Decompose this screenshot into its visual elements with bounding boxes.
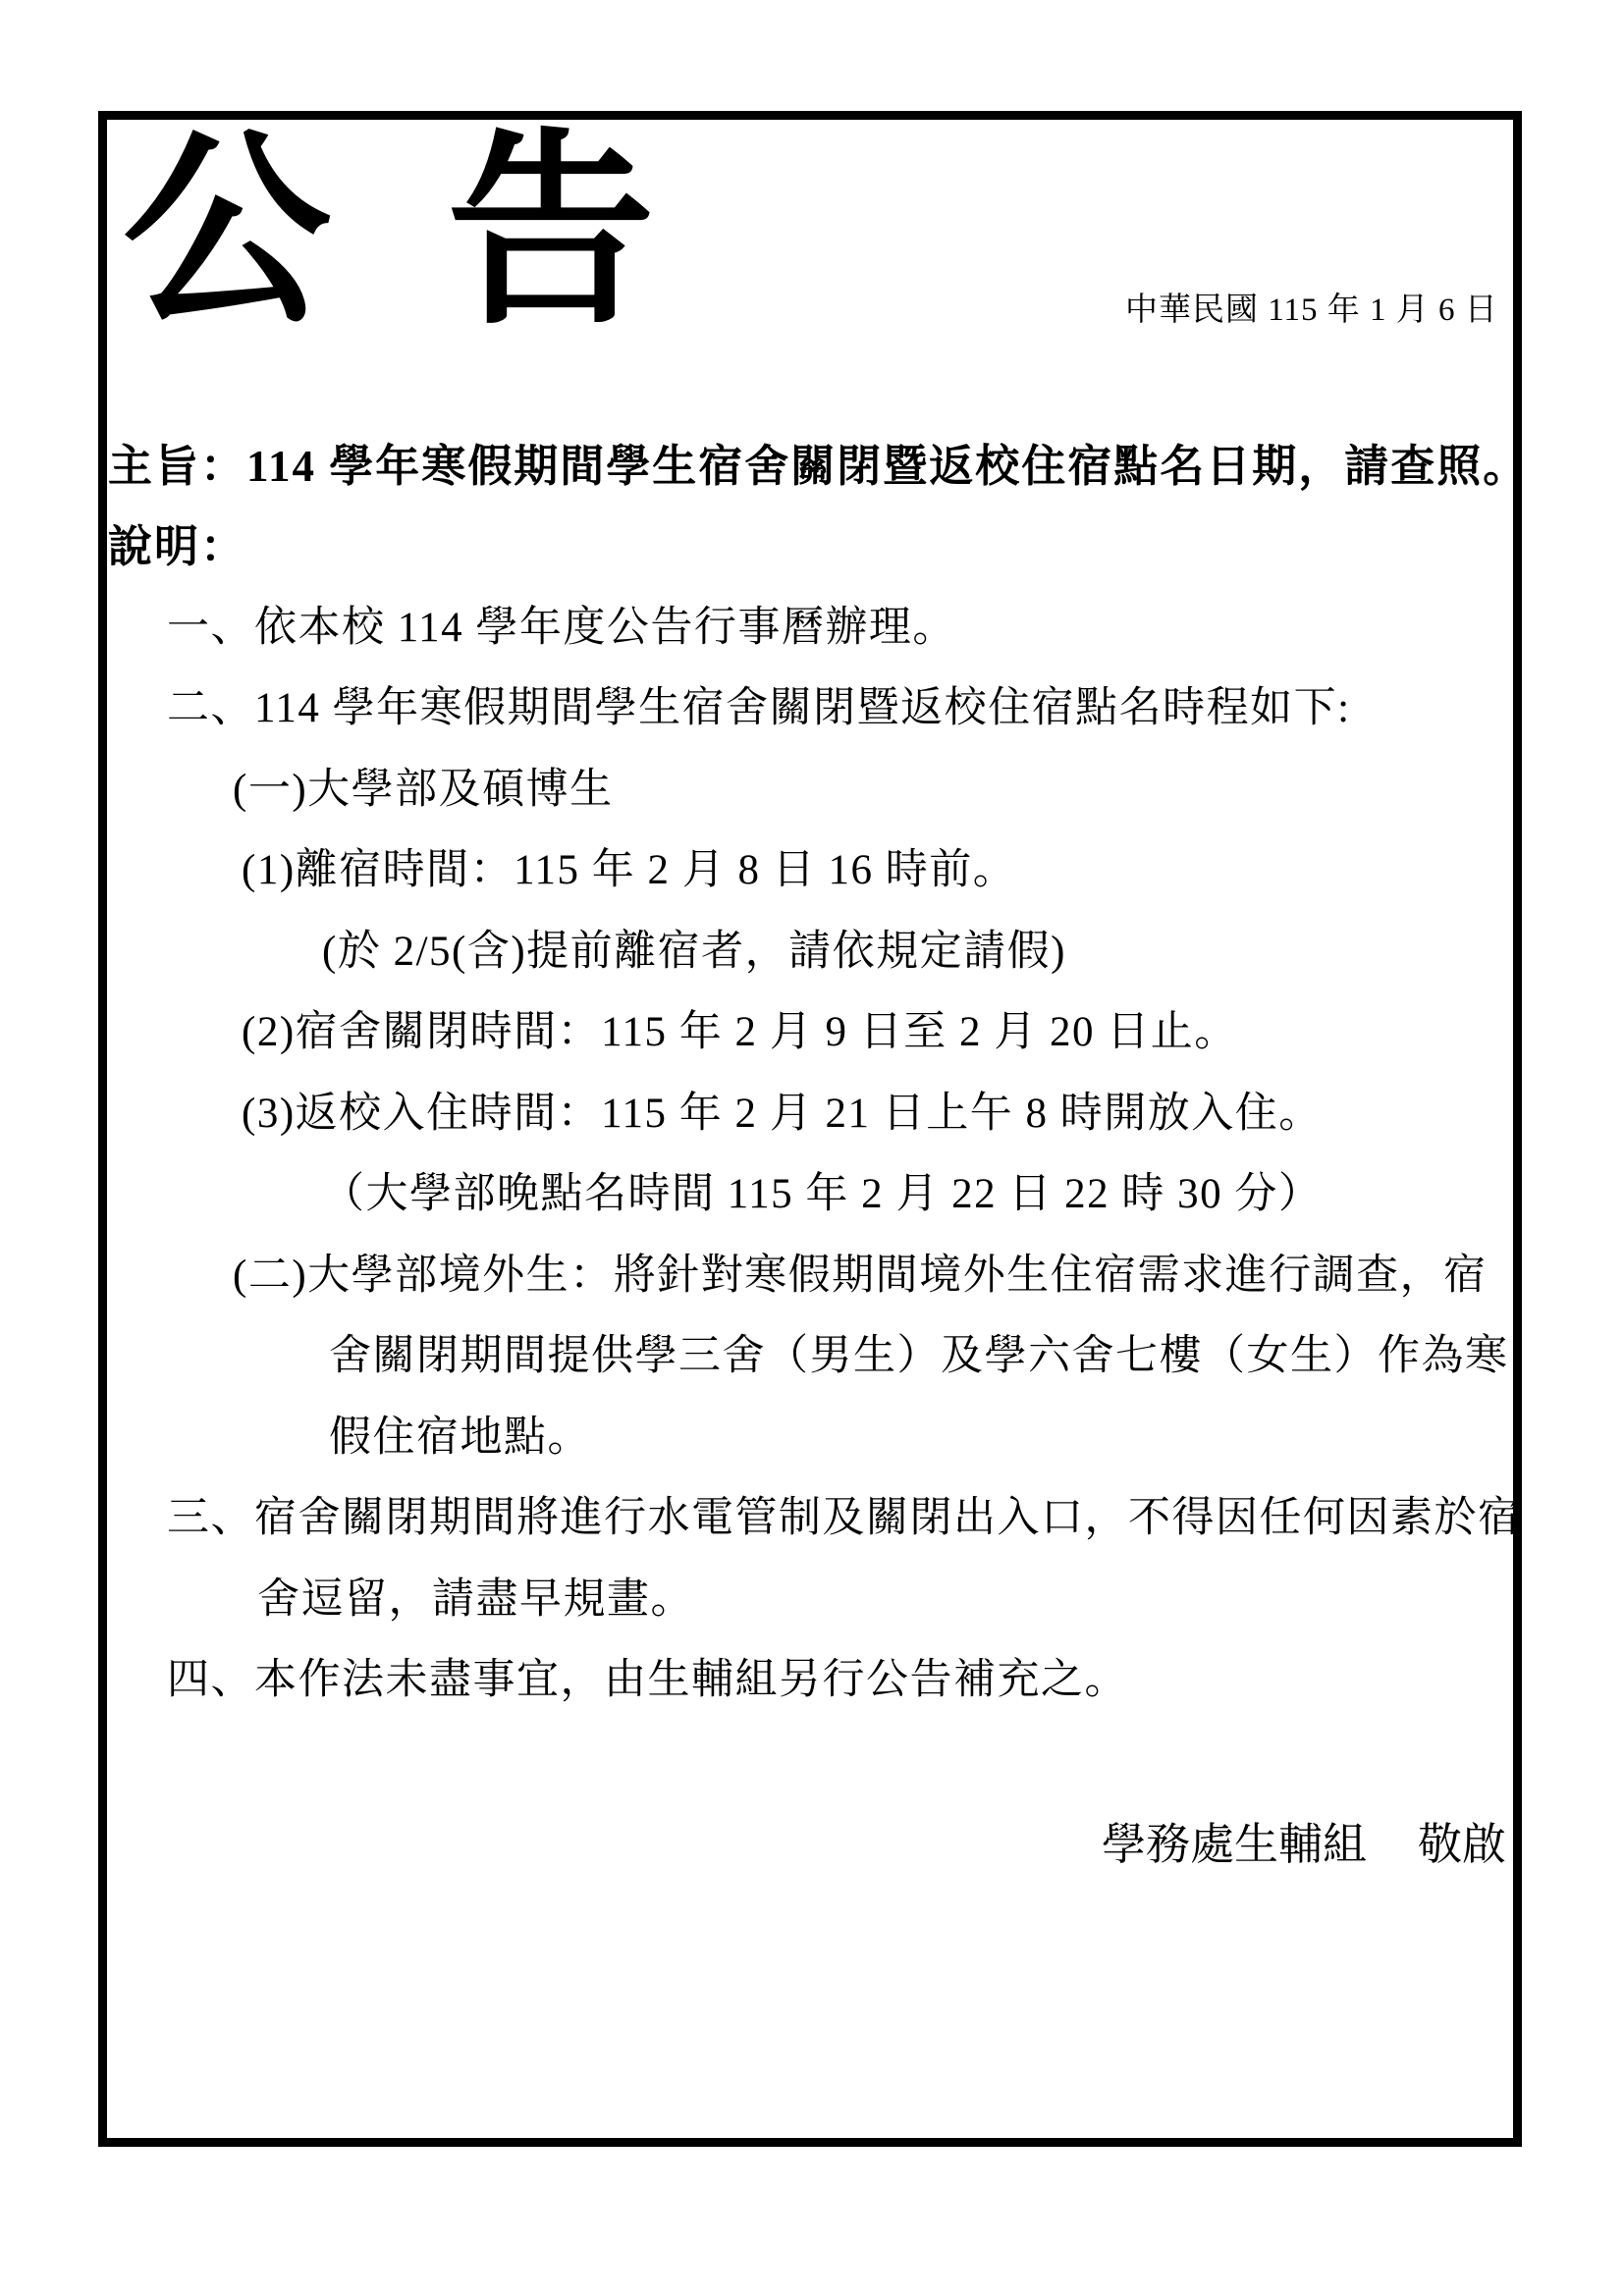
signature-line: 學務處生輔組敬啟 — [1102, 1815, 1506, 1874]
item-2-sub-1-point-3: (3)返校入住時間：115 年 2 月 21 日上午 8 時開放入住。 — [0, 1069, 1624, 1150]
item-2: 二、114 學年寒假期間學生宿舍關閉暨返校住宿點名時程如下: — [0, 665, 1624, 746]
title-char-gao: 告 — [447, 118, 655, 348]
item-2-sub-2-cont-2: 假住宿地點。 — [0, 1393, 1624, 1474]
issue-date: 中華民國 115 年 1 月 6 日 — [1125, 289, 1498, 332]
item-2-sub-2: (二)大學部境外生：將針對寒假期間境外生住宿需求進行調查，宿 — [0, 1231, 1624, 1312]
item-3-cont: 舍逗留，請盡早規畫。 — [0, 1555, 1624, 1636]
item-4: 四、本作法未盡事宜，由生輔組另行公告補充之。 — [0, 1636, 1624, 1718]
announcement-sheet: 公告 中華民國 115 年 1 月 6 日 主旨：114 學年寒假期間學生宿舍關… — [0, 0, 1624, 2296]
item-3: 三、宿舍關閉期間將進行水電管制及關閉出入口，不得因任何因素於宿 — [0, 1474, 1624, 1556]
item-2-sub-1-point-1: (1)離宿時間：115 年 2 月 8 日 16 時前。 — [0, 827, 1624, 908]
document-body: 主旨：114 學年寒假期間學生宿舍關閉暨返校住宿點名日期，請查照。 說明： 一、… — [0, 421, 1624, 1717]
subject-line: 主旨：114 學年寒假期間學生宿舍關閉暨返校住宿點名日期，請查照。 — [0, 421, 1624, 503]
signature-org: 學務處生輔組 — [1102, 1820, 1367, 1869]
item-2-sub-1-point-1-note: (於 2/5(含)提前離宿者，請依規定請假) — [0, 907, 1624, 988]
item-1: 一、依本校 114 學年度公告行事曆辦理。 — [0, 583, 1624, 665]
item-2-sub-1: (一)大學部及碩博生 — [0, 745, 1624, 827]
item-2-sub-1-point-3-note: （大學部晚點名時間 115 年 2 月 22 日 22 時 30 分） — [0, 1150, 1624, 1232]
item-2-sub-1-point-2: (2)宿舍關閉時間：115 年 2 月 9 日至 2 月 20 日止。 — [0, 988, 1624, 1070]
item-2-sub-2-cont-1: 舍關閉期間提供學三舍（男生）及學六舍七樓（女生）作為寒 — [0, 1312, 1624, 1394]
announcement-title: 公告 — [123, 116, 655, 351]
explanation-label: 說明： — [0, 503, 1624, 584]
title-char-gong: 公 — [123, 118, 331, 348]
signature-closing: 敬啟 — [1418, 1820, 1506, 1869]
